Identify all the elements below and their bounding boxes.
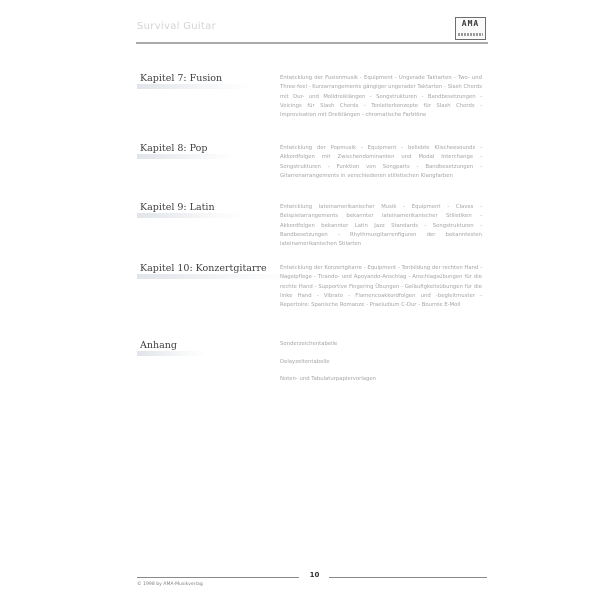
section-heading: Kapitel 9: Latin <box>140 202 215 215</box>
section-description: Entwicklung der Konzertgitarre - Equipme… <box>280 264 482 310</box>
section-heading: Kapitel 8: Pop <box>140 143 207 156</box>
logo-stripe <box>458 33 483 36</box>
section-description: Entwicklung lateinamerikanischer Musik -… <box>280 203 482 249</box>
section-heading: Anhang <box>140 340 177 353</box>
appendix-list: Sonderzeichentabelle Delayzeitentabelle … <box>280 340 376 393</box>
footer-rule-left <box>137 577 299 578</box>
appendix-item: Sonderzeichentabelle <box>280 340 376 358</box>
page-number: 10 <box>300 571 329 579</box>
appendix-item: Delayzeitentabelle <box>280 358 376 376</box>
appendix-item: Noten- und Tabulaturpapiervorlagen <box>280 375 376 393</box>
header-rule <box>136 42 488 44</box>
section-heading: Kapitel 7: Fusion <box>140 73 222 86</box>
running-title: Survival Guitar <box>137 21 216 32</box>
section-description: Entwicklung der Fusionmusik - Equipment … <box>280 74 482 120</box>
section-description: Entwicklung der Popmusik - Equipment - b… <box>280 144 482 181</box>
ama-logo-icon: AMA <box>455 17 486 40</box>
footer-rule-right <box>329 577 487 578</box>
logo-text: AMA <box>456 19 485 28</box>
section-heading: Kapitel 10: Konzertgitarre <box>140 263 267 276</box>
document-page: Survival Guitar AMA Kapitel 7: Fusion En… <box>0 0 600 600</box>
copyright-notice: © 1998 by AMA-Musikverlag <box>137 582 203 587</box>
